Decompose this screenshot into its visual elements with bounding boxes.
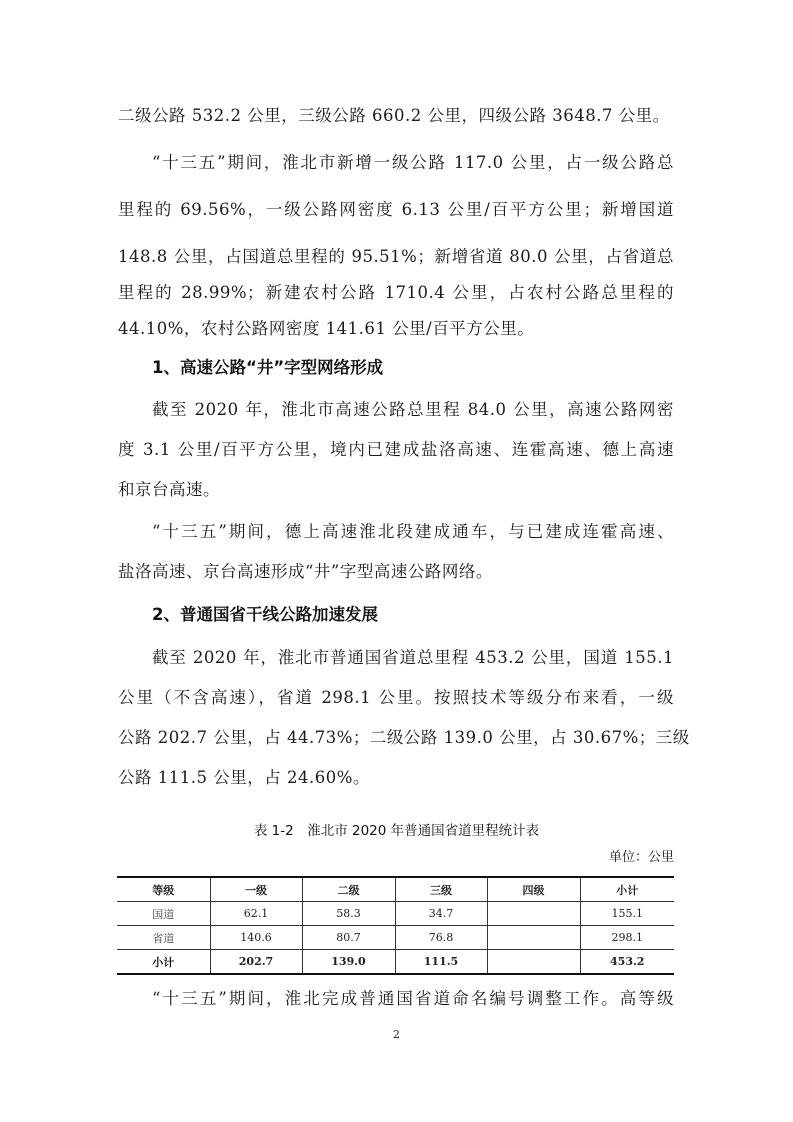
section-heading: 1、高速公路“井”字型网络形成 (152, 358, 383, 378)
table-cell: 80.7 (302, 926, 395, 950)
paragraph-line: “十三五”期间，淮北完成普通国省道命名编号调整工作。高等级 (152, 989, 674, 1009)
table-row: 国道 62.1 58.3 34.7 155.1 (117, 902, 674, 926)
table-cell: 62.1 (210, 902, 302, 926)
row-label: 省道 (117, 926, 210, 950)
table-cell: 140.6 (210, 926, 302, 950)
table-cell (487, 926, 580, 950)
table-cell: 202.7 (210, 950, 302, 975)
table-total-row: 小计 202.7 139.0 111.5 453.2 (117, 950, 674, 975)
header-cell-class2: 二级 (302, 877, 395, 902)
table-cell: 298.1 (580, 926, 674, 950)
table-row: 省道 140.6 80.7 76.8 298.1 (117, 926, 674, 950)
table-cell (487, 902, 580, 926)
paragraph-line: 里程的 28.99%；新建农村公路 1710.4 公里，占农村公路总里程的 (118, 283, 674, 303)
header-cell-grade: 等级 (117, 877, 210, 902)
table-cell (487, 950, 580, 975)
paragraph-line: 里程的 69.56%，一级公路网密度 6.13 公里/百平方公里；新增国道 (118, 200, 674, 220)
header-cell-subtotal: 小计 (580, 877, 674, 902)
document-page: 二级公路 532.2 公里，三级公路 660.2 公里，四级公路 3648.7 … (0, 0, 793, 1122)
paragraph-line: 公路 111.5 公里，占 24.60%。 (118, 768, 674, 788)
paragraph-line: 公里（不含高速），省道 298.1 公里。按照技术等级分布来看，一级 (118, 688, 674, 708)
table-cell: 155.1 (580, 902, 674, 926)
table-cell: 58.3 (302, 902, 395, 926)
paragraph-line: 和京台高速。 (118, 480, 674, 500)
page-number: 2 (0, 1028, 793, 1041)
paragraph-line: 公路 202.7 公里，占 44.73%；二级公路 139.0 公里，占 30.… (118, 728, 674, 748)
table-cell: 139.0 (302, 950, 395, 975)
paragraph-line: 44.10%，农村公路网密度 141.61 公里/百平方公里。 (118, 319, 674, 339)
row-label: 国道 (117, 902, 210, 926)
paragraph-line: 二级公路 532.2 公里，三级公路 660.2 公里，四级公路 3648.7 … (118, 106, 674, 126)
row-label: 小计 (117, 950, 210, 975)
table-cell: 453.2 (580, 950, 674, 975)
table-cell: 76.8 (395, 926, 487, 950)
header-cell-class3: 三级 (395, 877, 487, 902)
table-caption: 表 1-2 淮北市 2020 年普通国省道里程统计表 (0, 823, 793, 839)
paragraph-line: 148.8 公里，占国道总里程的 95.51%；新增省道 80.0 公里，占省道… (118, 247, 674, 267)
section-heading: 2、普通国省干线公路加速发展 (152, 605, 378, 625)
paragraph-line: 盐洛高速、京台高速形成“井”字型高速公路网络。 (118, 562, 674, 582)
paragraph-line: 截至 2020 年，淮北市普通国省道总里程 453.2 公里，国道 155.1 (152, 648, 674, 668)
paragraph-line: “十三五”期间，德上高速淮北段建成通车，与已建成连霍高速、 (152, 522, 674, 542)
header-cell-class4: 四级 (487, 877, 580, 902)
table-cell: 111.5 (395, 950, 487, 975)
table-cell: 34.7 (395, 902, 487, 926)
road-mileage-table: 等级 一级 二级 三级 四级 小计 国道 62.1 58.3 34.7 155.… (117, 876, 674, 975)
paragraph-line: 度 3.1 公里/百平方公里，境内已建成盐洛高速、连霍高速、德上高速 (118, 440, 674, 460)
paragraph-line: “十三五”期间，淮北市新增一级公路 117.0 公里，占一级公路总 (152, 153, 674, 173)
paragraph-line: 截至 2020 年，淮北市高速公路总里程 84.0 公里，高速公路网密 (152, 400, 674, 420)
table-header-row: 等级 一级 二级 三级 四级 小计 (117, 877, 674, 902)
table-unit: 单位：公里 (609, 850, 674, 866)
header-cell-class1: 一级 (210, 877, 302, 902)
